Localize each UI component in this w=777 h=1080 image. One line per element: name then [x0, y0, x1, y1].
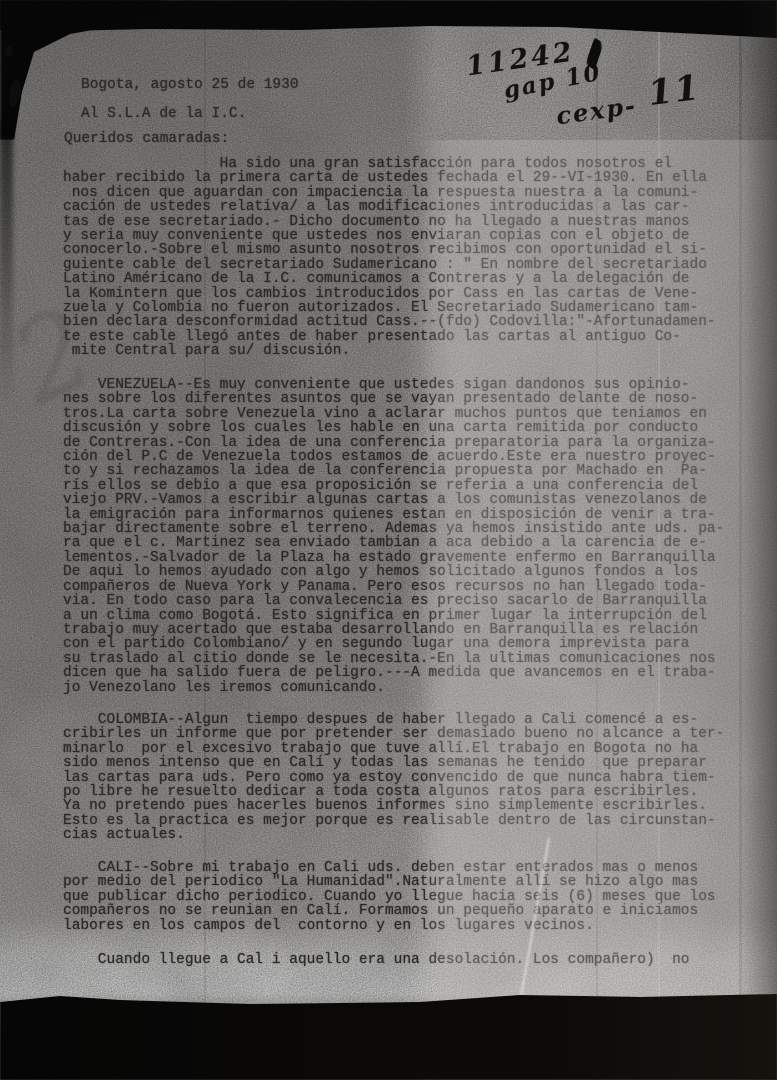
overexposed-wash-overlay: [420, 140, 777, 1010]
date-line: Bogota, agosto 25 de 1930: [81, 78, 299, 93]
handwritten-page-number: 11: [646, 67, 703, 114]
scan-edge-left-shadow: [0, 120, 13, 400]
addressee-line: Al S.L.A de la I.C.: [81, 107, 246, 122]
salutation-line: Queridos camaradas:: [64, 132, 229, 147]
ink-blob: [5, 46, 13, 57]
scanned-letter-page: 2 Bogota, agosto 25 de 1930 Al S.L.A de …: [0, 0, 777, 1080]
scan-edge-right-shadow: [741, 0, 777, 1080]
